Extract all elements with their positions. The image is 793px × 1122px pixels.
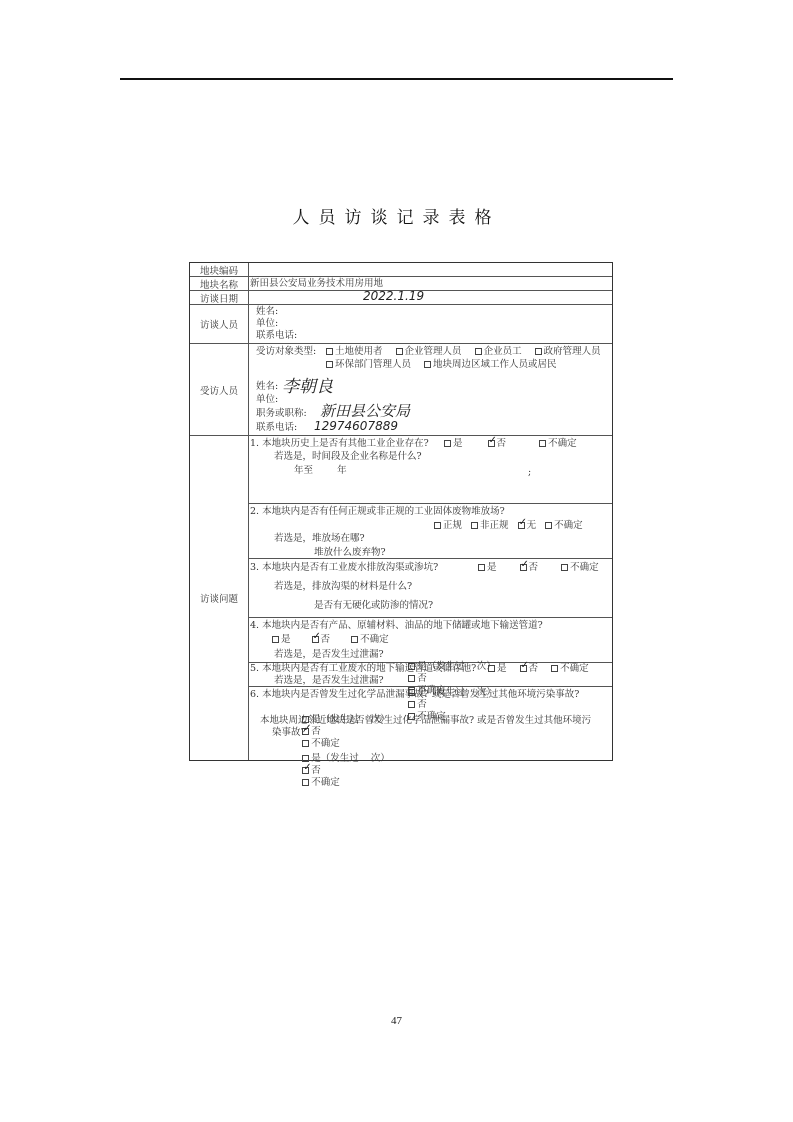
interviewee-type-options-line1: 土地使用者 企业管理人员 企业员工 政府管理人员 [326, 346, 601, 358]
questions-cell: 1. 本地块历史上是否有其他工业企业存在? 是 否 不确定 若选是，时间段及企业… [248, 436, 612, 760]
type-label: 企业员工 [484, 346, 522, 357]
interview-date-cell: 2022.1.19 [248, 291, 612, 304]
question-2: 2. 本地块内是否有任何正规或非正规的工业固体废物堆放场? 正规 非正规 无 不… [248, 504, 612, 559]
checkbox-icon[interactable] [434, 522, 441, 529]
option-label: 不确定 [570, 562, 599, 573]
checkbox-icon[interactable] [351, 636, 358, 643]
checkbox-icon[interactable] [272, 636, 279, 643]
option-label: 非正规 [480, 520, 509, 531]
q3-option-no[interactable]: 否 [520, 562, 539, 573]
row-interview-date: 访谈日期 2022.1.19 [190, 291, 612, 305]
q1-options: 是 否 不确定 [444, 438, 587, 450]
interview-record-table: 地块编码 地块名称 新田县公安局业务技术用房用地 访谈日期 2022.1.19 … [189, 262, 613, 761]
q5-option-yes[interactable]: 是 [488, 663, 507, 674]
q2-option-formal[interactable]: 正规 [434, 520, 462, 531]
checkbox-icon[interactable] [561, 564, 568, 571]
q6-nearby-option-yes[interactable]: 是（发生过 次） [302, 753, 390, 764]
checkbox-checked-icon[interactable] [520, 564, 527, 571]
checkbox-icon[interactable] [424, 361, 431, 368]
question-5: 5. 本地块内是否有工业废水的地下输送管道或储存池? 是 否 不确定 若选是，是… [248, 663, 612, 687]
interviewer-name-label: 姓名: [256, 306, 278, 318]
interviewee-phone-value: 12974607889 [314, 419, 398, 433]
type-label: 企业管理人员 [405, 346, 462, 357]
option-label: 否 [529, 663, 539, 674]
type-label: 地块周边区域工作人员或居民 [433, 359, 557, 370]
row-questions: 访谈问题 1. 本地块历史上是否有其他工业企业存在? 是 否 不确定 若选是，时… [190, 436, 612, 760]
plot-name-label: 地块名称 [190, 277, 249, 290]
q6-nearby-option-unsure[interactable]: 不确定 [302, 777, 340, 788]
interviewer-label: 访谈人员 [190, 305, 249, 343]
checkbox-icon[interactable] [478, 564, 485, 571]
q3-text: 3. 本地块内是否有工业废水排放沟渠或渗坑? [250, 562, 438, 574]
q4-option-yes[interactable]: 是 [272, 634, 291, 645]
q2-options: 正规 非正规 无 不确定 [434, 520, 593, 532]
q4-text: 4. 本地块内是否有产品、原辅材料、油品的地下储罐或地下输送管道? [250, 620, 543, 632]
checkbox-icon[interactable] [535, 348, 542, 355]
option-label: 是 [497, 663, 507, 674]
checkbox-checked-icon[interactable] [312, 636, 319, 643]
checkbox-icon[interactable] [444, 440, 451, 447]
checkbox-icon[interactable] [471, 522, 478, 529]
interview-date-value: 2022.1.19 [363, 289, 424, 303]
type-label: 环保部门管理人员 [335, 359, 411, 370]
option-label: 正规 [443, 520, 462, 531]
type-label: 政府管理人员 [544, 346, 601, 357]
interviewee-type-options-line2: 环保部门管理人员 地块周边区域工作人员或居民 [326, 359, 567, 371]
q5-text: 5. 本地块内是否有工业废水的地下输送管道或储存池? [250, 663, 476, 675]
interviewee-label: 受访人员 [190, 344, 249, 435]
interviewee-name-label: 姓名: [256, 381, 278, 393]
type-label: 土地使用者 [335, 346, 383, 357]
checkbox-icon[interactable] [551, 665, 558, 672]
option-label: 是（发生过 次） [311, 753, 390, 764]
q1-years: 年至 年 [294, 465, 347, 477]
option-label: 否 [311, 726, 321, 737]
interviewer-unit-label: 单位: [256, 318, 278, 330]
option-label: 否 [529, 562, 539, 573]
row-plot-code: 地块编码 [190, 263, 612, 277]
interview-date-label: 访谈日期 [190, 291, 249, 304]
q5-option-no[interactable]: 否 [520, 663, 539, 674]
q2-follow-location: 若选是，堆放场在哪? [274, 533, 365, 545]
q6-nearby-option-no[interactable]: 否 [302, 765, 321, 776]
q6-nearby-text-cont: 染事故? [272, 727, 306, 739]
q1-option-yes[interactable]: 是 [444, 438, 463, 449]
interviewee-title-label: 职务或职称: [256, 408, 307, 420]
checkbox-icon[interactable] [326, 348, 333, 355]
q5-options: 是 否 不确定 [488, 663, 599, 675]
option-label: 是 [281, 634, 291, 645]
checkbox-icon[interactable] [545, 522, 552, 529]
type-option-env-protection-manager[interactable]: 环保部门管理人员 [326, 359, 411, 370]
q1-text: 1. 本地块历史上是否有其他工业企业存在? [250, 438, 429, 450]
q4-option-unsure[interactable]: 不确定 [351, 634, 389, 645]
plot-code-label: 地块编码 [190, 263, 249, 276]
type-option-land-user[interactable]: 土地使用者 [326, 346, 383, 357]
interviewee-phone-label: 联系电话: [256, 422, 297, 434]
plot-code-value [248, 263, 612, 276]
q2-option-unsure[interactable]: 不确定 [545, 520, 583, 531]
q3-follow-material: 若选是，排放沟渠的材料是什么? [274, 581, 412, 593]
option-label: 不确定 [360, 634, 389, 645]
row-interviewer: 访谈人员 姓名: 单位: 联系电话: [190, 305, 612, 344]
option-label: 否 [311, 765, 321, 776]
option-label: 无 [527, 520, 537, 531]
type-option-government-manager[interactable]: 政府管理人员 [535, 346, 601, 357]
interviewee-type-label: 受访对象类型: [256, 346, 316, 358]
q1-option-no[interactable]: 否 [488, 438, 507, 449]
checkbox-icon[interactable] [396, 348, 403, 355]
checkbox-checked-icon[interactable] [520, 665, 527, 672]
q5-follow: 若选是，是否发生过泄漏? [274, 675, 384, 687]
checkbox-icon[interactable] [488, 665, 495, 672]
q4-options: 是 否 不确定 [272, 634, 399, 646]
plot-name-cell: 新田县公安局业务技术用房用地 [248, 277, 612, 290]
row-interviewee: 受访人员 受访对象类型: 土地使用者 企业管理人员 企业员工 政府管理人员 环保… [190, 344, 612, 436]
checkbox-icon[interactable] [302, 755, 309, 762]
checkbox-icon[interactable] [302, 779, 309, 786]
option-label: 否 [321, 634, 331, 645]
option-label: 不确定 [560, 663, 589, 674]
q6-nearby-options: 是（发生过 次） 否 不确定 [272, 741, 426, 801]
question-4: 4. 本地块内是否有产品、原辅材料、油品的地下储罐或地下输送管道? 是 否 不确… [248, 618, 612, 663]
question-1: 1. 本地块历史上是否有其他工业企业存在? 是 否 不确定 若选是，时间段及企业… [248, 436, 612, 504]
q4-follow: 若选是，是否发生过泄漏? [274, 649, 384, 661]
interviewee-name-value: 李朝良 [282, 372, 333, 397]
type-option-enterprise-staff[interactable]: 企业员工 [475, 346, 522, 357]
page-title: 人员访谈记录表格 [0, 203, 793, 228]
option-label: 不确定 [548, 438, 577, 449]
option-label: 是 [453, 438, 463, 449]
q2-follow-waste: 堆放什么废弃物? [314, 547, 386, 559]
q2-option-informal[interactable]: 非正规 [471, 520, 509, 531]
q3-follow-seepage: 是否有无硬化或防渗的情况? [314, 600, 433, 612]
q3-option-unsure[interactable]: 不确定 [561, 562, 599, 573]
checkbox-checked-icon[interactable] [302, 767, 309, 774]
type-option-nearby-resident[interactable]: 地块周边区域工作人员或居民 [424, 359, 557, 370]
type-option-enterprise-manager[interactable]: 企业管理人员 [396, 346, 462, 357]
interviewee-title-value: 新田县公安局 [320, 400, 410, 421]
q1-option-unsure[interactable]: 不确定 [539, 438, 577, 449]
checkbox-icon[interactable] [326, 361, 333, 368]
q3-options: 是 否 不确定 [478, 562, 609, 574]
interviewer-cell: 姓名: 单位: 联系电话: [248, 305, 612, 343]
q2-text: 2. 本地块内是否有任何正规或非正规的工业固体废物堆放场? [250, 506, 505, 518]
q2-option-none[interactable]: 无 [518, 520, 537, 531]
question-6: 6. 本地块内是否曾发生过化学品泄漏事故? 或是否曾发生过其他环境污染事故? 是… [248, 687, 612, 760]
checkbox-icon[interactable] [539, 440, 546, 447]
questions-label: 访谈问题 [190, 436, 249, 760]
interviewer-phone-label: 联系电话: [256, 330, 297, 342]
option-label: 不确定 [311, 777, 340, 788]
q1-colon: ; [528, 467, 531, 479]
q6-text: 6. 本地块内是否曾发生过化学品泄漏事故? 或是否曾发生过其他环境污染事故? [250, 689, 579, 701]
checkbox-checked-icon[interactable] [488, 440, 495, 447]
option-label: 否 [497, 438, 507, 449]
q6-nearby-text: 本地块周边邻近地块是否曾发生过化学品泄漏事故? 或是否曾发生过其他环境污 [260, 715, 591, 727]
option-label: 是 [487, 562, 497, 573]
q5-option-unsure[interactable]: 不确定 [551, 663, 589, 674]
interviewee-cell: 受访对象类型: 土地使用者 企业管理人员 企业员工 政府管理人员 环保部门管理人… [248, 344, 612, 435]
checkbox-checked-icon[interactable] [518, 522, 525, 529]
header-rule [120, 78, 673, 80]
q3-option-yes[interactable]: 是 [478, 562, 497, 573]
q4-option-no[interactable]: 否 [312, 634, 331, 645]
interviewee-unit-label: 单位: [256, 394, 278, 406]
page-number: 47 [0, 1015, 793, 1027]
checkbox-icon[interactable] [475, 348, 482, 355]
question-3: 3. 本地块内是否有工业废水排放沟渠或渗坑? 是 否 不确定 若选是，排放沟渠的… [248, 559, 612, 618]
option-label: 不确定 [554, 520, 583, 531]
q1-follow: 若选是，时间段及企业名称是什么? [274, 451, 422, 463]
